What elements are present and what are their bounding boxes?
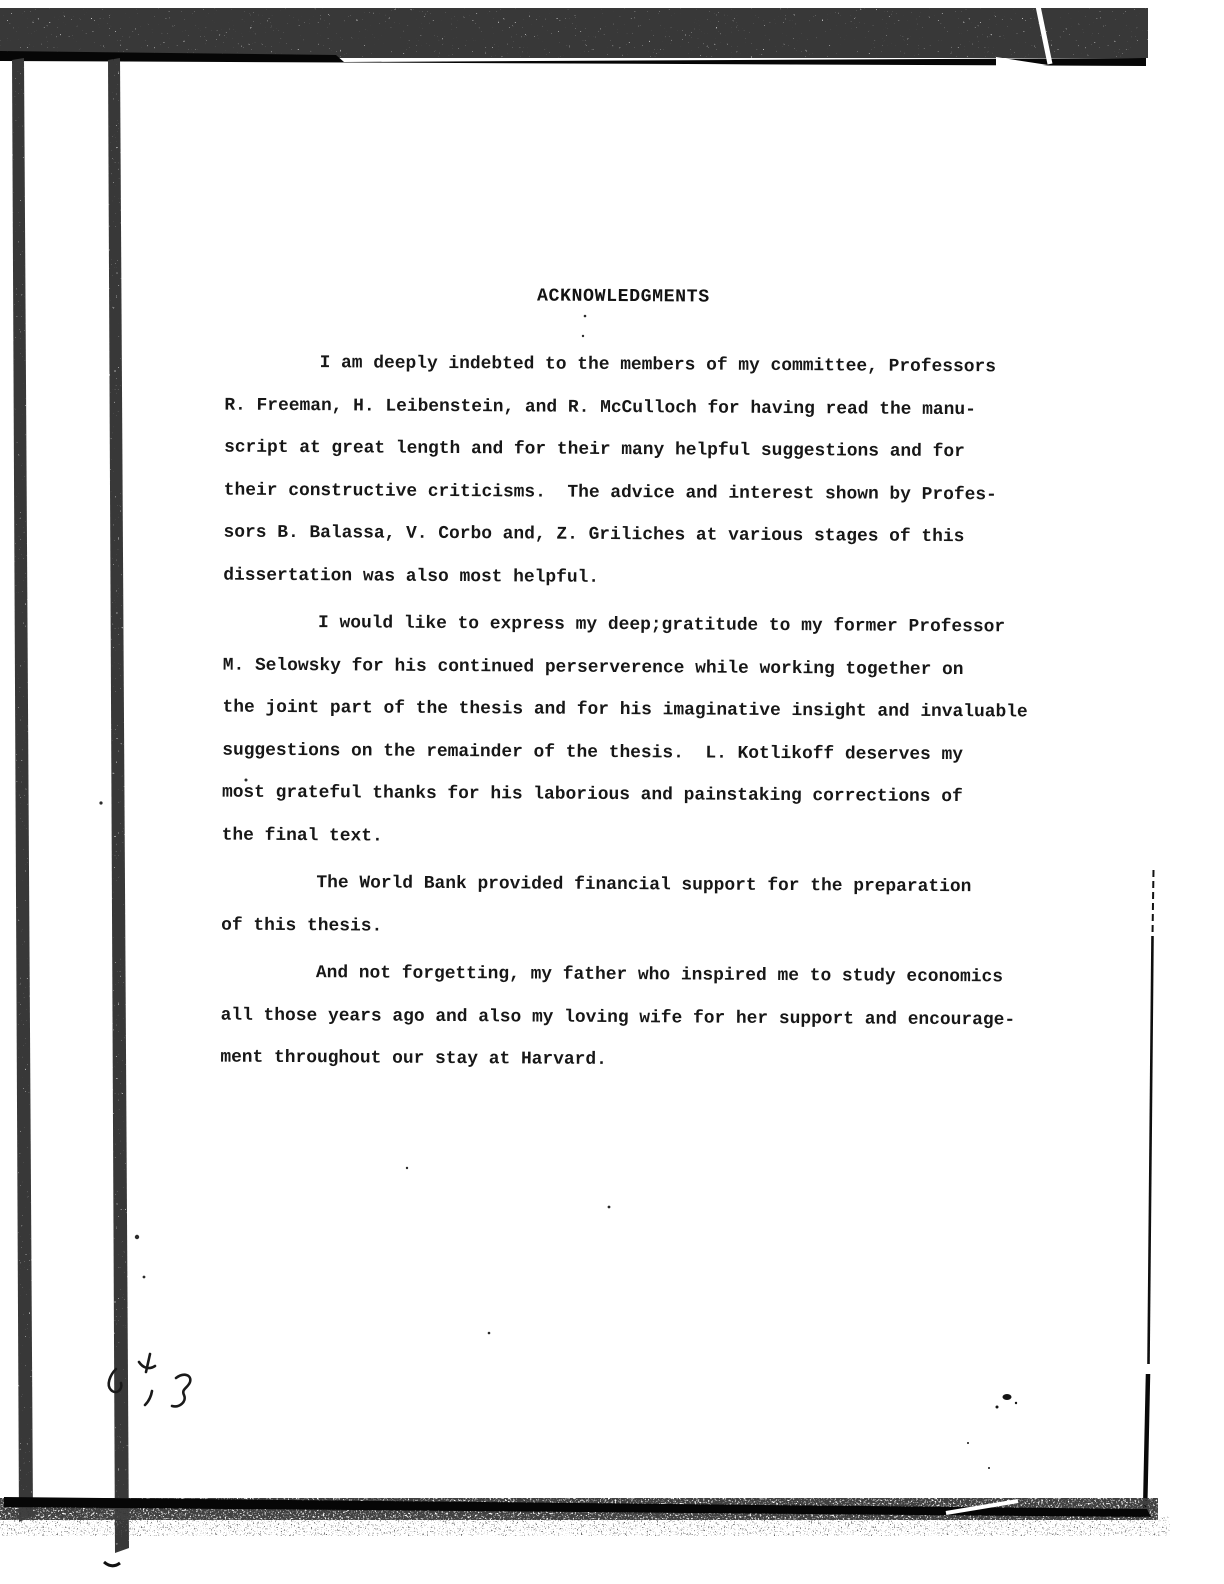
document-content: ACKNOWLEDGMENTS I am deeply indebted to … <box>0 0 1224 1584</box>
text-line: ment throughout our stay at Harvard. <box>220 1037 1070 1085</box>
text-line: dissertation was also most helpful. <box>223 554 1073 602</box>
text-line: of this thesis. <box>221 904 1071 952</box>
document-body: I am deeply indebted to the members of m… <box>220 342 1075 1090</box>
text-line: the final text. <box>222 814 1072 862</box>
paragraph-family: And not forgetting, my father who inspir… <box>220 952 1071 1085</box>
text-line: sors B. Balassa, V. Corbo and, Z. Grilic… <box>223 512 1073 560</box>
text-line: script at great length and for their man… <box>224 427 1074 475</box>
paragraph-committee: I am deeply indebted to the members of m… <box>223 342 1075 602</box>
text-line: M. Selowsky for his continued perservere… <box>223 644 1073 692</box>
text-line: suggestions on the remainder of the thes… <box>222 729 1072 777</box>
text-line: And not forgetting, my father who inspir… <box>221 952 1071 1000</box>
text-line: I am deeply indebted to the members of m… <box>224 342 1074 390</box>
paragraph-gratitude: I would like to express my deep;gratitud… <box>222 602 1074 862</box>
text-line: most grateful thanks for his laborious a… <box>222 772 1072 820</box>
text-line: The World Bank provided financial suppor… <box>221 862 1071 910</box>
scanned-page: ACKNOWLEDGMENTS I am deeply indebted to … <box>0 0 1224 1584</box>
text-line: the joint part of the thesis and for his… <box>222 687 1072 735</box>
text-line: R. Freeman, H. Leibenstein, and R. McCul… <box>224 384 1074 432</box>
paragraph-world-bank: The World Bank provided financial suppor… <box>221 862 1072 952</box>
text-line: their constructive criticisms. The advic… <box>224 469 1074 517</box>
text-line: all those years ago and also my loving w… <box>220 994 1070 1042</box>
text-line: I would like to express my deep;gratitud… <box>223 602 1073 650</box>
page-title: ACKNOWLEDGMENTS <box>537 282 710 311</box>
